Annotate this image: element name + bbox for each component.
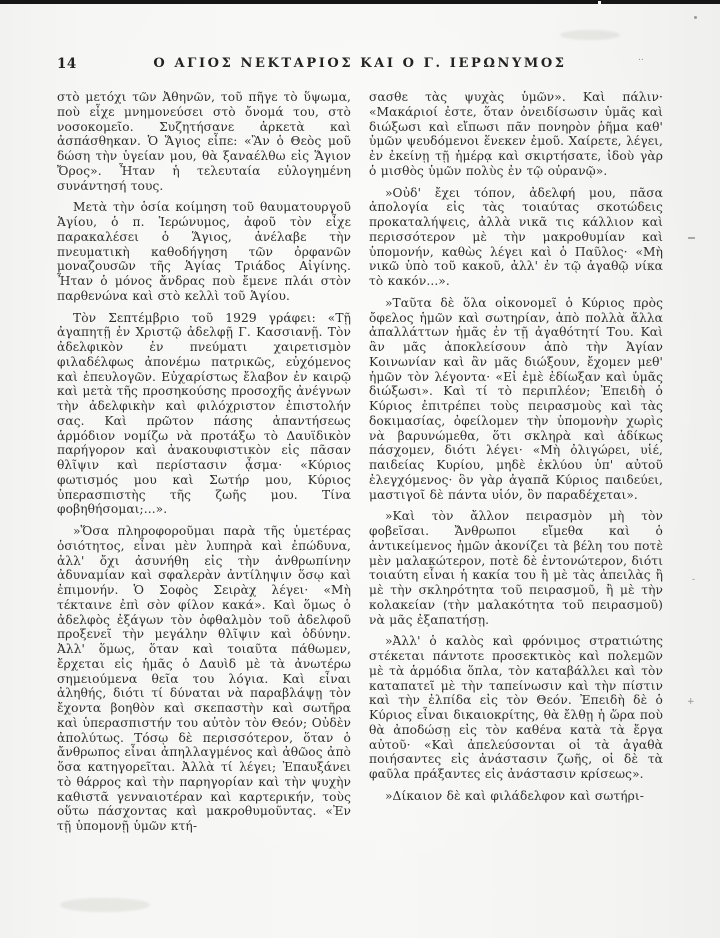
paragraph: »Ὅσα πληροφοροῦμαι παρὰ τῆς ὑμετέρας ὁσι… [57,524,351,834]
paragraph: Τὸν Σεπτέμβριο τοῦ 1929 γράφει: «Τῇ ἀγαπ… [57,311,351,518]
page-header: 14 Ο ΑΓΙΟΣ ΝΕΚΤΑΡΙΟΣ ΚΑΙ Ο Γ. ΙΕΡΩΝΥΜΟΣ [0,0,720,78]
paragraph: »Ἀλλ' ὁ καλὸς καὶ φρόνιμος στρατιώτης στ… [369,634,663,782]
paragraph: σασθε τὰς ψυχὰς ὑμῶν». Καὶ πάλιν· «Μακάρ… [369,90,663,179]
page-title: Ο ΑΓΙΟΣ ΝΕΚΤΑΡΙΟΣ ΚΑΙ Ο Γ. ΙΕΡΩΝΥΜΟΣ [0,56,720,71]
scan-smudge [60,898,150,912]
text-columns: στὸ μετόχι τῶν Ἀθηνῶν, τοῦ πῆγε τὸ ὕψωμα… [0,78,720,841]
scan-speck [694,16,697,19]
paragraph: »Δίκαιον δὲ καὶ φιλάδελφον καὶ σωτήρι- [369,789,663,804]
book-page: 14 Ο ΑΓΙΟΣ ΝΕΚΤΑΡΙΟΣ ΚΑΙ Ο Γ. ΙΕΡΩΝΥΜΟΣ … [0,0,720,938]
right-column: σασθε τὰς ψυχὰς ὑμῶν». Καὶ πάλιν· «Μακάρ… [369,90,663,841]
left-column: στὸ μετόχι τῶν Ἀθηνῶν, τοῦ πῆγε τὸ ὕψωμα… [57,90,351,841]
paragraph: »Οὐδ' ἔχει τόπον, ἀδελφή μου, πᾶσα ἀπολο… [369,186,663,289]
scan-speck: - [692,576,695,585]
scan-speck: .. [638,54,644,63]
paragraph: στὸ μετόχι τῶν Ἀθηνῶν, τοῦ πῆγε τὸ ὕψωμα… [57,90,351,193]
paragraph: »Ταῦτα δὲ ὅλα οἰκονομεῖ ὁ Κύριος πρὸς ὄφ… [369,296,663,503]
paragraph: Μετὰ τὴν ὁσία κοίμηση τοῦ θαυματουργοῦ Ἁ… [57,200,351,303]
scan-smudge [560,30,620,40]
scan-speck [688,237,695,239]
paragraph: »Καὶ τὸν ἄλλον πειρασμὸν μὴ τὸν φοβεῖσαι… [369,509,663,627]
scan-speck: + [687,698,695,707]
